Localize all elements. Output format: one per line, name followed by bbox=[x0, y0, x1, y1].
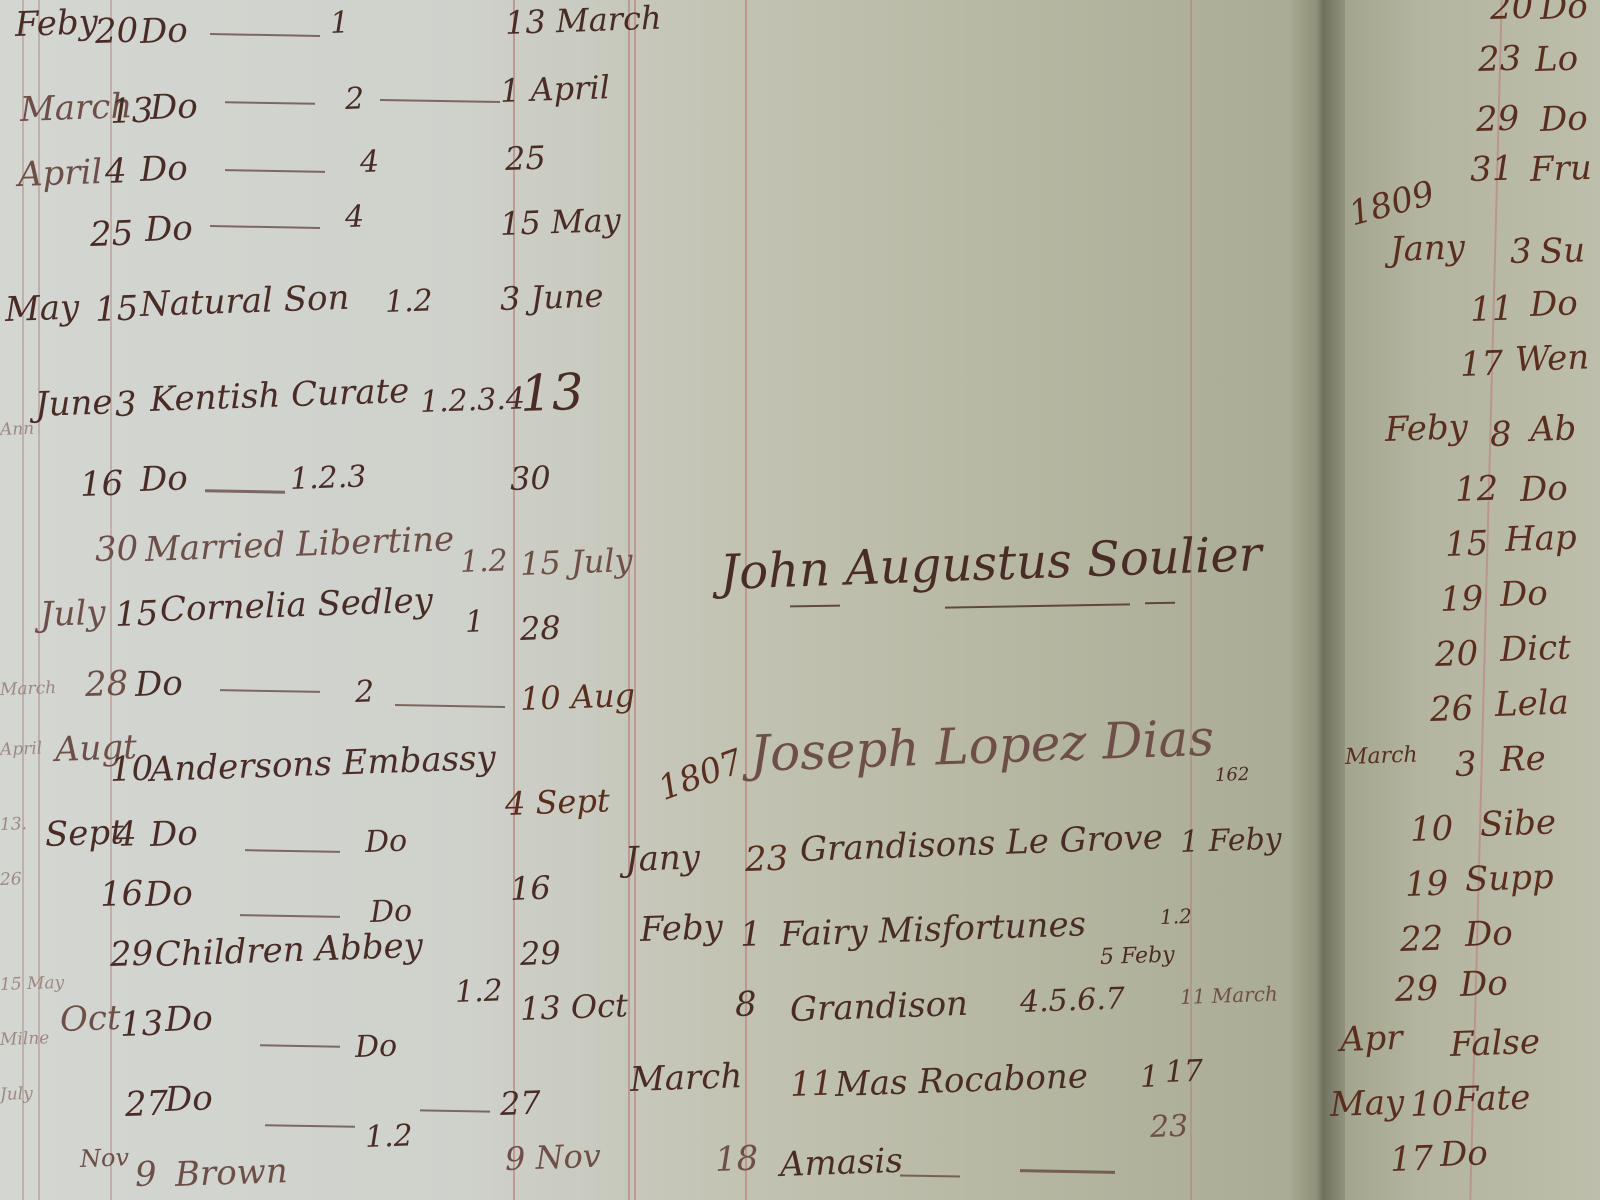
entry-day: 12 bbox=[1454, 469, 1499, 510]
entry-title: Wen bbox=[1514, 337, 1590, 380]
entry-returned: 16 bbox=[509, 869, 551, 908]
entry-title: Do bbox=[144, 208, 193, 250]
entry-day: 13 bbox=[109, 91, 154, 132]
entry-month: Jany bbox=[1389, 227, 1465, 270]
margin-note: July bbox=[0, 1084, 33, 1105]
entry-month: Apr bbox=[1339, 1018, 1403, 1060]
entry-volumes: 4.5.6.7 bbox=[1019, 981, 1125, 1020]
entry-title: Do bbox=[134, 663, 183, 705]
entry-volumes: 1 bbox=[329, 5, 349, 41]
entry-month: May bbox=[1329, 1082, 1405, 1125]
entry-day: 15 bbox=[1444, 524, 1489, 565]
entry-returned: 13 bbox=[519, 363, 585, 423]
entry-volumes: 1 bbox=[1139, 1059, 1159, 1095]
entry-day: 13 bbox=[119, 1004, 164, 1045]
entry-title: Do bbox=[1529, 283, 1578, 325]
entry-returned: 27 bbox=[499, 1084, 541, 1123]
entry-volumes: 1.2 bbox=[364, 1118, 413, 1155]
entry-title: Lo bbox=[1534, 39, 1578, 80]
entry-day: 16 bbox=[79, 464, 124, 505]
entry-title: Grandison bbox=[789, 984, 968, 1030]
page-reference: 162 bbox=[1215, 764, 1250, 786]
entry-title: Dict bbox=[1499, 628, 1571, 670]
entry-returned: 15 May bbox=[499, 201, 621, 243]
entry-title: Supp bbox=[1464, 857, 1554, 900]
entry-month: April bbox=[17, 152, 103, 195]
entry-day: 18 bbox=[714, 1139, 759, 1180]
entry-volumes: 1.2 bbox=[384, 283, 433, 320]
entry-day: 10 bbox=[1409, 1084, 1454, 1125]
entry-month: June bbox=[34, 382, 113, 425]
entry-title: Do bbox=[1439, 1133, 1488, 1175]
entry-title: Do bbox=[149, 86, 198, 128]
entry-day: 26 bbox=[1429, 689, 1474, 730]
entry-day: 8 bbox=[1489, 414, 1512, 455]
entry-title: Su bbox=[1539, 230, 1586, 272]
margin-note: 26 bbox=[0, 869, 22, 890]
ruling-line bbox=[634, 0, 636, 1200]
entry-day: 11 bbox=[789, 1064, 834, 1105]
entry-returned: 23 bbox=[1149, 1109, 1188, 1145]
entry-month: Feby bbox=[1384, 407, 1468, 450]
entry-day: 20 bbox=[94, 11, 139, 52]
entry-returned: 15 July bbox=[519, 541, 633, 583]
entry-returned: 9 Nov bbox=[504, 1137, 601, 1178]
entry-title: Do bbox=[164, 1078, 213, 1120]
entry-day: 19 bbox=[1404, 864, 1449, 905]
entry-returned: 4 Sept bbox=[504, 781, 610, 823]
ruling-line bbox=[1190, 0, 1192, 1200]
entry-day: 23 bbox=[744, 839, 789, 880]
entry-title: Ab bbox=[1529, 408, 1577, 450]
entry-volumes: 2 bbox=[344, 81, 364, 117]
entry-returned: 13 March bbox=[504, 0, 662, 42]
entry-title: Re bbox=[1499, 738, 1546, 780]
entry-returned: 5 Feby bbox=[1100, 942, 1175, 970]
entry-day: 10 bbox=[109, 749, 154, 790]
entry-title: Amasis bbox=[779, 1141, 903, 1185]
entry-day: 10 bbox=[1409, 809, 1454, 850]
entry-returned: 28 bbox=[519, 609, 561, 648]
entry-volumes: 4 bbox=[344, 199, 364, 235]
margin-note: 15 May bbox=[0, 973, 64, 995]
entry-volumes: 1.2 bbox=[1160, 904, 1193, 929]
entry-title: Do bbox=[1539, 0, 1588, 28]
entry-day: 4 bbox=[114, 814, 137, 855]
entry-month: March bbox=[629, 1056, 743, 1100]
entry-title: Lela bbox=[1494, 682, 1569, 725]
entry-day: 25 bbox=[89, 214, 134, 255]
entry-volumes: 2 bbox=[354, 674, 374, 710]
entry-volumes: Do bbox=[364, 824, 407, 860]
entry-title: False bbox=[1449, 1022, 1540, 1065]
entry-day: 15 bbox=[114, 594, 159, 635]
entry-returned: 1 Feby bbox=[1179, 821, 1282, 860]
entry-volumes: 1.2.3 bbox=[289, 459, 367, 497]
entry-day: 29 bbox=[1475, 99, 1520, 140]
entry-day: 20 bbox=[1434, 634, 1479, 675]
entry-day: 8 bbox=[734, 984, 757, 1025]
entry-day: 9 bbox=[134, 1154, 157, 1195]
entry-title: Sibe bbox=[1479, 802, 1556, 845]
entry-title: Brown bbox=[174, 1151, 288, 1195]
entry-month: Oct bbox=[59, 998, 121, 1040]
entry-day: 31 bbox=[1469, 149, 1514, 190]
entry-month: July bbox=[39, 593, 106, 635]
entry-volumes: 1 bbox=[464, 604, 484, 640]
entry-returned: 30 bbox=[509, 459, 551, 498]
entry-day: 22 bbox=[1399, 919, 1444, 960]
entry-title: Fate bbox=[1454, 1077, 1531, 1120]
margin-note: Ann bbox=[0, 419, 35, 440]
entry-volumes: 1.2.3.4 bbox=[419, 381, 525, 420]
entry-returned: 17 bbox=[1164, 1054, 1203, 1090]
entry-returned: 25 bbox=[504, 139, 546, 178]
entry-title: Do bbox=[1459, 963, 1508, 1005]
entry-title: Do bbox=[144, 873, 193, 915]
entry-day: 17 bbox=[1459, 344, 1504, 385]
entry-title: Do bbox=[139, 458, 188, 500]
entry-day: 3 bbox=[1454, 744, 1477, 785]
margin-note: March bbox=[0, 678, 56, 700]
entry-title: Do bbox=[1519, 468, 1568, 510]
entry-title: Do bbox=[139, 148, 188, 190]
entry-day: 29 bbox=[109, 934, 154, 975]
entry-title: Do bbox=[149, 813, 198, 855]
entry-month: Feby bbox=[639, 907, 723, 950]
entry-returned: 3 June bbox=[499, 276, 604, 318]
entry-returned: 11 March bbox=[1180, 982, 1279, 1009]
entry-day: 29 bbox=[1394, 969, 1439, 1010]
margin-note: Milne bbox=[0, 1028, 50, 1050]
entry-day: 16 bbox=[99, 874, 144, 915]
entry-day: 11 bbox=[1469, 289, 1514, 330]
entry-volumes: 4 bbox=[359, 144, 379, 180]
entry-month: Feby bbox=[14, 2, 98, 45]
entry-title: Do bbox=[1539, 98, 1588, 140]
entry-title: Do bbox=[139, 10, 188, 52]
entry-title: Hap bbox=[1504, 518, 1577, 560]
entry-title: Do bbox=[164, 998, 213, 1040]
entry-day: 28 bbox=[84, 664, 129, 705]
entry-title: Do bbox=[1464, 913, 1513, 955]
entry-returned: 29 bbox=[519, 934, 561, 973]
entry-day: 17 bbox=[1389, 1139, 1434, 1180]
entry-month: March bbox=[1345, 742, 1418, 770]
entry-title: Fru bbox=[1529, 148, 1592, 190]
entry-month: Jany bbox=[624, 837, 700, 880]
entry-day: 15 bbox=[94, 289, 139, 330]
entry-day: 3 bbox=[114, 384, 137, 425]
entry-volumes: Do bbox=[354, 1029, 397, 1065]
entry-month: Nov bbox=[80, 1143, 130, 1173]
margin-note: April bbox=[0, 739, 42, 760]
entry-day: 30 bbox=[94, 529, 139, 570]
entry-day: 4 bbox=[104, 151, 127, 192]
entry-returned: 10 Aug bbox=[519, 676, 635, 718]
entry-returned: 13 Oct bbox=[519, 986, 628, 1028]
entry-day: 20 bbox=[1489, 0, 1534, 28]
entry-day: 3 bbox=[1509, 231, 1532, 272]
entry-returned: 1 April bbox=[499, 68, 610, 110]
entry-day: 19 bbox=[1439, 579, 1484, 620]
entry-day: 27 bbox=[124, 1084, 169, 1125]
entry-volumes: 1.2 bbox=[454, 973, 503, 1010]
entry-volumes: Do bbox=[369, 894, 412, 930]
entry-title: Natural Son bbox=[139, 278, 350, 325]
entry-day: 23 bbox=[1477, 39, 1522, 80]
ruling-line bbox=[513, 0, 515, 1200]
entry-month: Sept bbox=[44, 812, 124, 855]
entry-month: May bbox=[4, 287, 80, 330]
entry-title: Do bbox=[1499, 573, 1548, 615]
margin-note: 13. bbox=[0, 814, 27, 835]
entry-day: 1 bbox=[739, 914, 762, 955]
entry-volumes: 1.2 bbox=[459, 543, 508, 580]
